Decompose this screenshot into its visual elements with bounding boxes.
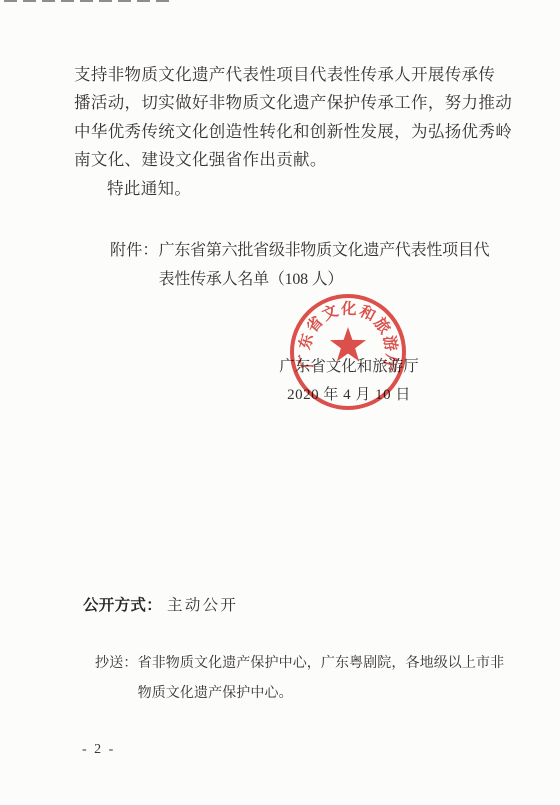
disclosure-label: 公开方式：: [83, 597, 162, 614]
notice-body: 支持非物质文化遗产代表性项目代表性传承人开展传承传 播活动，切实做好非物质文化遗…: [74, 61, 486, 203]
cc-recipients-line: 省非物质文化遗产保护中心，广东粤剧院，各地级以上市非: [138, 649, 505, 679]
official-seal: 广东省文化和旅游厅: [288, 292, 408, 412]
attachment-label: 附件：: [110, 236, 159, 294]
page-number: - 2 -: [82, 742, 115, 758]
cc-label: 抄送：: [95, 649, 138, 709]
attachment-line: 表性传承人名单（108 人）: [159, 265, 490, 294]
attachment-note: 附件： 广东省第六批省级非物质文化遗产代表性项目代 表性传承人名单（108 人）: [110, 236, 489, 294]
disclosure-line: 公开方式：主动公开: [83, 592, 238, 620]
cc-recipients-line: 物质文化遗产保护中心。: [138, 679, 505, 709]
disclosure-value: 主动公开: [167, 597, 238, 614]
body-line: 南文化、建设文化强省作出贡献。: [74, 146, 486, 174]
body-line: 播活动，切实做好非物质文化遗产保护传承工作，努力推动: [74, 89, 486, 117]
body-line: 支持非物质文化遗产代表性项目代表性传承人开展传承传: [74, 61, 486, 89]
scan-edge-artifact: [4, 0, 174, 2]
document-page: 支持非物质文化遗产代表性项目代表性传承人开展传承传 播活动，切实做好非物质文化遗…: [0, 0, 560, 805]
cc-line: 抄送： 省非物质文化遗产保护中心，广东粤剧院，各地级以上市非 物质文化遗产保护中…: [95, 649, 504, 709]
notice-closing: 特此通知。: [74, 175, 486, 203]
attachment-content: 广东省第六批省级非物质文化遗产代表性项目代 表性传承人名单（108 人）: [159, 236, 490, 294]
body-line: 中华优秀传统文化创造性转化和创新性发展，为弘扬优秀岭: [74, 118, 486, 146]
attachment-line: 广东省第六批省级非物质文化遗产代表性项目代: [159, 236, 490, 265]
red-star-icon: [330, 327, 366, 361]
cc-content: 省非物质文化遗产保护中心，广东粤剧院，各地级以上市非 物质文化遗产保护中心。: [138, 649, 505, 709]
